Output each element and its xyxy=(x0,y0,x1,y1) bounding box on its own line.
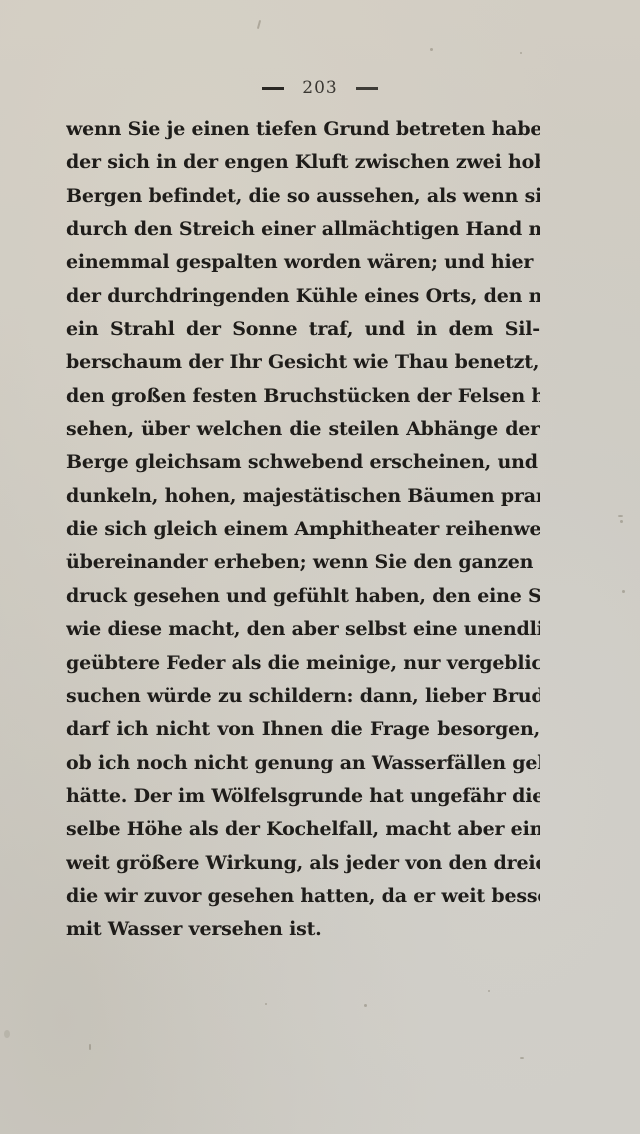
paper-speck xyxy=(520,1057,524,1059)
paper-speck xyxy=(622,590,625,593)
text-line: die sich gleich einem Amphitheater reihe… xyxy=(66,513,540,546)
text-line: geübtere Feder als die meinige, nur verg… xyxy=(66,647,540,680)
text-line: sehen, über welchen die steilen Abhänge … xyxy=(66,413,540,446)
paper-speck xyxy=(618,515,623,517)
paper-speck xyxy=(488,990,490,992)
text-line: hätte. Der im Wölfelsgrunde hat ungefähr… xyxy=(66,780,540,813)
book-page: 203 wenn Sie je einen tiefen Grund betre… xyxy=(0,0,640,1134)
paper-speck xyxy=(89,1044,91,1050)
text-line: ob ich noch nicht genung an Wasserfällen… xyxy=(66,747,540,780)
text-line: ein Strahl der Sonne traf, und in dem Si… xyxy=(66,313,540,346)
paper-speck xyxy=(620,520,623,523)
text-line: Bergen befindet, die so aussehen, als we… xyxy=(66,180,540,213)
text-line: selbe Höhe als der Kochelfall, macht abe… xyxy=(66,813,540,846)
text-line: übereinander erheben; wenn Sie den ganze… xyxy=(66,546,540,579)
text-line: druck gesehen und gefühlt haben, den ein… xyxy=(66,580,540,613)
text-line: durch den Streich einer allmächtigen Han… xyxy=(66,213,540,246)
body-text: wenn Sie je einen tiefen Grund betreten … xyxy=(66,113,540,947)
text-line: die wir zuvor gesehen hatten, da er weit… xyxy=(66,880,540,913)
header-dash-right xyxy=(356,87,378,90)
text-line: wenn Sie je einen tiefen Grund betreten … xyxy=(66,113,540,146)
text-line: dunkeln, hohen, majestätischen Bäumen pr… xyxy=(66,480,540,513)
header-dash-left xyxy=(262,87,284,90)
paper-speck xyxy=(257,20,261,29)
text-line: wie diese macht, den aber selbst eine un… xyxy=(66,613,540,646)
text-line: einemmal gespalten worden wären; und hie… xyxy=(66,246,540,279)
paper-speck xyxy=(520,52,522,54)
text-line: weit größere Wirkung, als jeder von den … xyxy=(66,847,540,880)
text-line: den großen festen Bruchstücken der Felse… xyxy=(66,380,540,413)
text-line: Berge gleichsam schwebend erscheinen, un… xyxy=(66,446,540,479)
paper-speck xyxy=(265,1003,267,1005)
page-header: 203 xyxy=(0,78,640,98)
text-line: der sich in der engen Kluft zwischen zwe… xyxy=(66,146,540,179)
text-line: mit Wasser versehen ist. xyxy=(66,913,540,946)
text-line: der durchdringenden Kühle eines Orts, de… xyxy=(66,280,540,313)
text-line: suchen würde zu schildern: dann, lieber … xyxy=(66,680,540,713)
page-number: 203 xyxy=(302,78,337,98)
text-line: darf ich nicht von Ihnen die Frage besor… xyxy=(66,713,540,746)
paper-speck xyxy=(430,48,433,51)
paper-speck xyxy=(4,1030,10,1038)
text-line: berschaum der Ihr Gesicht wie Thau benet… xyxy=(66,346,540,379)
paper-speck xyxy=(364,1004,367,1007)
